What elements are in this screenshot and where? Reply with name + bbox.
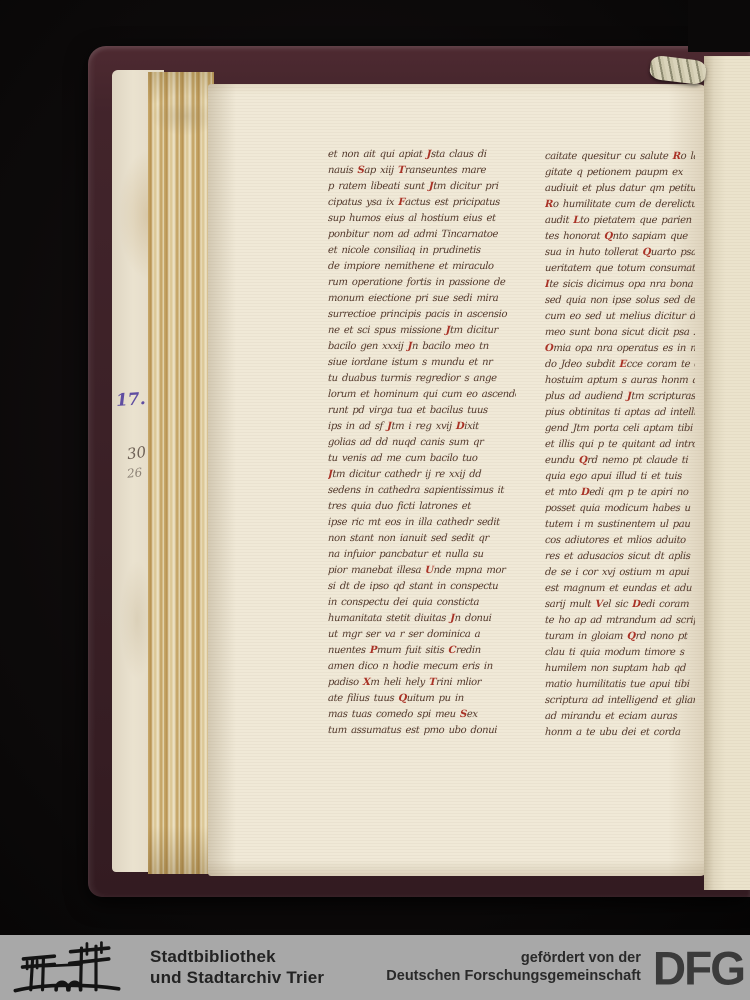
manuscript-line: golias ad dd nuqd canis sum qr — [328, 435, 516, 451]
manuscript-line: eundu Qrd nemo pt claude ti — [545, 453, 695, 469]
page-edges-stack — [148, 72, 214, 874]
manuscript-line: tres quia duo ficti latrones et — [328, 499, 516, 515]
manuscript-line: padiso Xm heli hely Trini mlior — [328, 675, 516, 691]
manuscript-line: monum eiectione pri sue sedi mira — [328, 291, 516, 307]
manuscript-line: siue iordane istum s mundu et nr — [328, 355, 516, 371]
manuscript-line: surrectioe principis pacis in ascensio — [328, 307, 516, 323]
manuscript-line: est magnum et eundas et adu — [545, 581, 695, 597]
funding-line1: gefördert von der — [386, 950, 641, 968]
porta-nigra-logo-icon — [10, 939, 124, 997]
margin-annotation: 30 — [126, 443, 147, 463]
manuscript-line: plus ad audiend Jtm scripturas — [545, 389, 695, 405]
manuscript-line: meo sunt bona sicut dicit psa 26 — [545, 325, 695, 341]
manuscript-line: hostuim aptum s auras honm a — [545, 373, 695, 389]
manuscript-line: matio humilitatis tue apui tibi — [545, 677, 695, 693]
manuscript-line: in conspectu dei quia consticta — [328, 595, 516, 611]
manuscript-line: ut mgr ser va r ser dominica a — [328, 627, 516, 643]
manuscript-line: honm a te ubu dei et corda — [545, 725, 695, 741]
manuscript-line: tes honorat Qnto sapiam que — [545, 229, 695, 245]
manuscript-line: bacilo gen xxxij Jn bacilo meo tn — [328, 339, 516, 355]
manuscript-line: Ro humilitate cum de derelictum — [545, 197, 695, 213]
manuscript-line: cum eo sed ut melius dicitur deus — [545, 309, 695, 325]
manuscript-line: Ite sicis dicimus opa nra bona — [545, 277, 695, 293]
manuscript-line: ponbitur nom ad admi Tincarnatoe — [328, 227, 516, 243]
manuscript-line: na infuior pancbatur et nulla su — [328, 547, 516, 563]
manuscript-line: non stant non ianuit sed sedit qr — [328, 531, 516, 547]
manuscript-line: pius obtinitas ti aptas ad intelli — [545, 405, 695, 421]
library-name: Stadtbibliothek und Stadtarchiv Trier — [150, 947, 324, 987]
manuscript-line: amen dico n hodie mecum eris in — [328, 659, 516, 675]
manuscript-line: scriptura ad intelligend et gliam — [545, 693, 695, 709]
footer-banner: Stadtbibliothek und Stadtarchiv Trier ge… — [0, 935, 750, 1000]
manuscript-line: Jtm dicitur cathedr ij re xxij dd — [328, 467, 516, 483]
manuscript-line: humanitata stetit diuitas Jn donui — [328, 611, 516, 627]
manuscript-line: tu duabus turmis regredior s ange — [328, 371, 516, 387]
library-name-line1: Stadtbibliothek — [150, 947, 324, 967]
manuscript-line: et mto Dedi qm p te apiri no — [545, 485, 695, 501]
manuscript-line: gitate q petionem paupm ex — [545, 165, 695, 181]
manuscript-line: res et adusacios sicut dt aplis — [545, 549, 695, 565]
manuscript-line: posset quia modicum habes u — [545, 501, 695, 517]
background-notch — [688, 0, 750, 52]
manuscript-line: sed quia non ipse solus sed deus — [545, 293, 695, 309]
manuscript-line: et non ait qui apiat Jsta claus di — [328, 147, 516, 163]
manuscript-line: do Jdeo subdit Ecce coram te dedi — [545, 357, 695, 373]
manuscript-line: si dt de ipso qd stant in conspectu — [328, 579, 516, 595]
margin-annotation: 17. — [115, 389, 146, 411]
manuscript-line: et illis qui p te quitant ad intro — [545, 437, 695, 453]
manuscript-line: p ratem libeati sunt Jtm dicitur pri — [328, 179, 516, 195]
text-column-right: caitate quesitur cu salute Ro largitate … — [545, 149, 695, 749]
manuscript-photo: et non ait qui apiat Jsta claus dinauis … — [0, 0, 750, 935]
manuscript-line: de se i cor xvj ostium m apui — [545, 565, 695, 581]
manuscript-line: rum operatione fortis in passione de — [328, 275, 516, 291]
manuscript-line: runt pd virga tua et bacilus tuus — [328, 403, 516, 419]
manuscript-line: lorum et hominum qui cum eo ascende — [328, 387, 516, 403]
manuscript-line: tum assumatus est pmo ubo donui — [328, 723, 516, 739]
manuscript-line: nauis Sap xiij Transeuntes mare — [328, 163, 516, 179]
manuscript-line: gend Jtm porta celi aptam tibi — [545, 421, 695, 437]
manuscript-line: clau ti quia modum timore s — [545, 645, 695, 661]
manuscript-line: humilem non suptam hab qd — [545, 661, 695, 677]
dfg-logo: DFG — [653, 940, 744, 995]
manuscript-line: ad mirandu et eciam auras — [545, 709, 695, 725]
manuscript-line: ueritatem que totum consumat — [545, 261, 695, 277]
manuscript-line: quia ego apui illud ti et tuis — [545, 469, 695, 485]
text-column-left: et non ait qui apiat Jsta claus dinauis … — [328, 147, 516, 747]
manuscript-line: sarij mult Vel sic Dedi coram — [545, 597, 695, 613]
manuscript-line: ne et sci spus missione Jtm dicitur — [328, 323, 516, 339]
manuscript-line: sup humos eius al hostium eius et — [328, 211, 516, 227]
manuscript-line: cipatus ysa ix Factus est pricipatus — [328, 195, 516, 211]
manuscript-line: caitate quesitur cu salute Ro lar — [545, 149, 695, 165]
manuscript-line: audit Lto pietatem que parien — [545, 213, 695, 229]
manuscript-line: et nicole consiliaq in prudinetis — [328, 243, 516, 259]
manuscript-line: tutem i m sustinentem ul pau — [545, 517, 695, 533]
manuscript-line: ate filius tuus Quitum pu in — [328, 691, 516, 707]
margin-annotation: 26 — [126, 465, 143, 481]
manuscript-line: de impiore nemithene et miraculo — [328, 259, 516, 275]
manuscript-line: turam in gloiam Qrd nono pt — [545, 629, 695, 645]
manuscript-line: ipse ric mt eos in illa cathedr sedit — [328, 515, 516, 531]
funding-line2: Deutschen Forschungsgemeinschaft — [386, 968, 641, 986]
facing-page-edge — [704, 56, 750, 890]
manuscript-line: Omia opa nra operatus es in no — [545, 341, 695, 357]
manuscript-line: te ho ap ad mtrandum ad scrip — [545, 613, 695, 629]
manuscript-line: cos adiutores et mlios aduito — [545, 533, 695, 549]
manuscript-line: sua in huto tollerat Quarto psa — [545, 245, 695, 261]
funding-credit: gefördert von der Deutschen Forschungsge… — [386, 950, 641, 985]
manuscript-line: pior manebat illesa Unde mpna mor — [328, 563, 516, 579]
manuscript-line: tu venis ad me cum bacilo tuo — [328, 451, 516, 467]
manuscript-line: ips in ad sf Jtm i reg xvij Dixit — [328, 419, 516, 435]
manuscript-line: nuentes Pmum fuit sitis Credin — [328, 643, 516, 659]
library-name-line2: und Stadtarchiv Trier — [150, 968, 324, 988]
manuscript-line: sedens in cathedra sapientissimus it — [328, 483, 516, 499]
manuscript-line: mas tuas comedo spi meu Sex — [328, 707, 516, 723]
manuscript-line: audiuit et plus datur qm petitur — [545, 181, 695, 197]
